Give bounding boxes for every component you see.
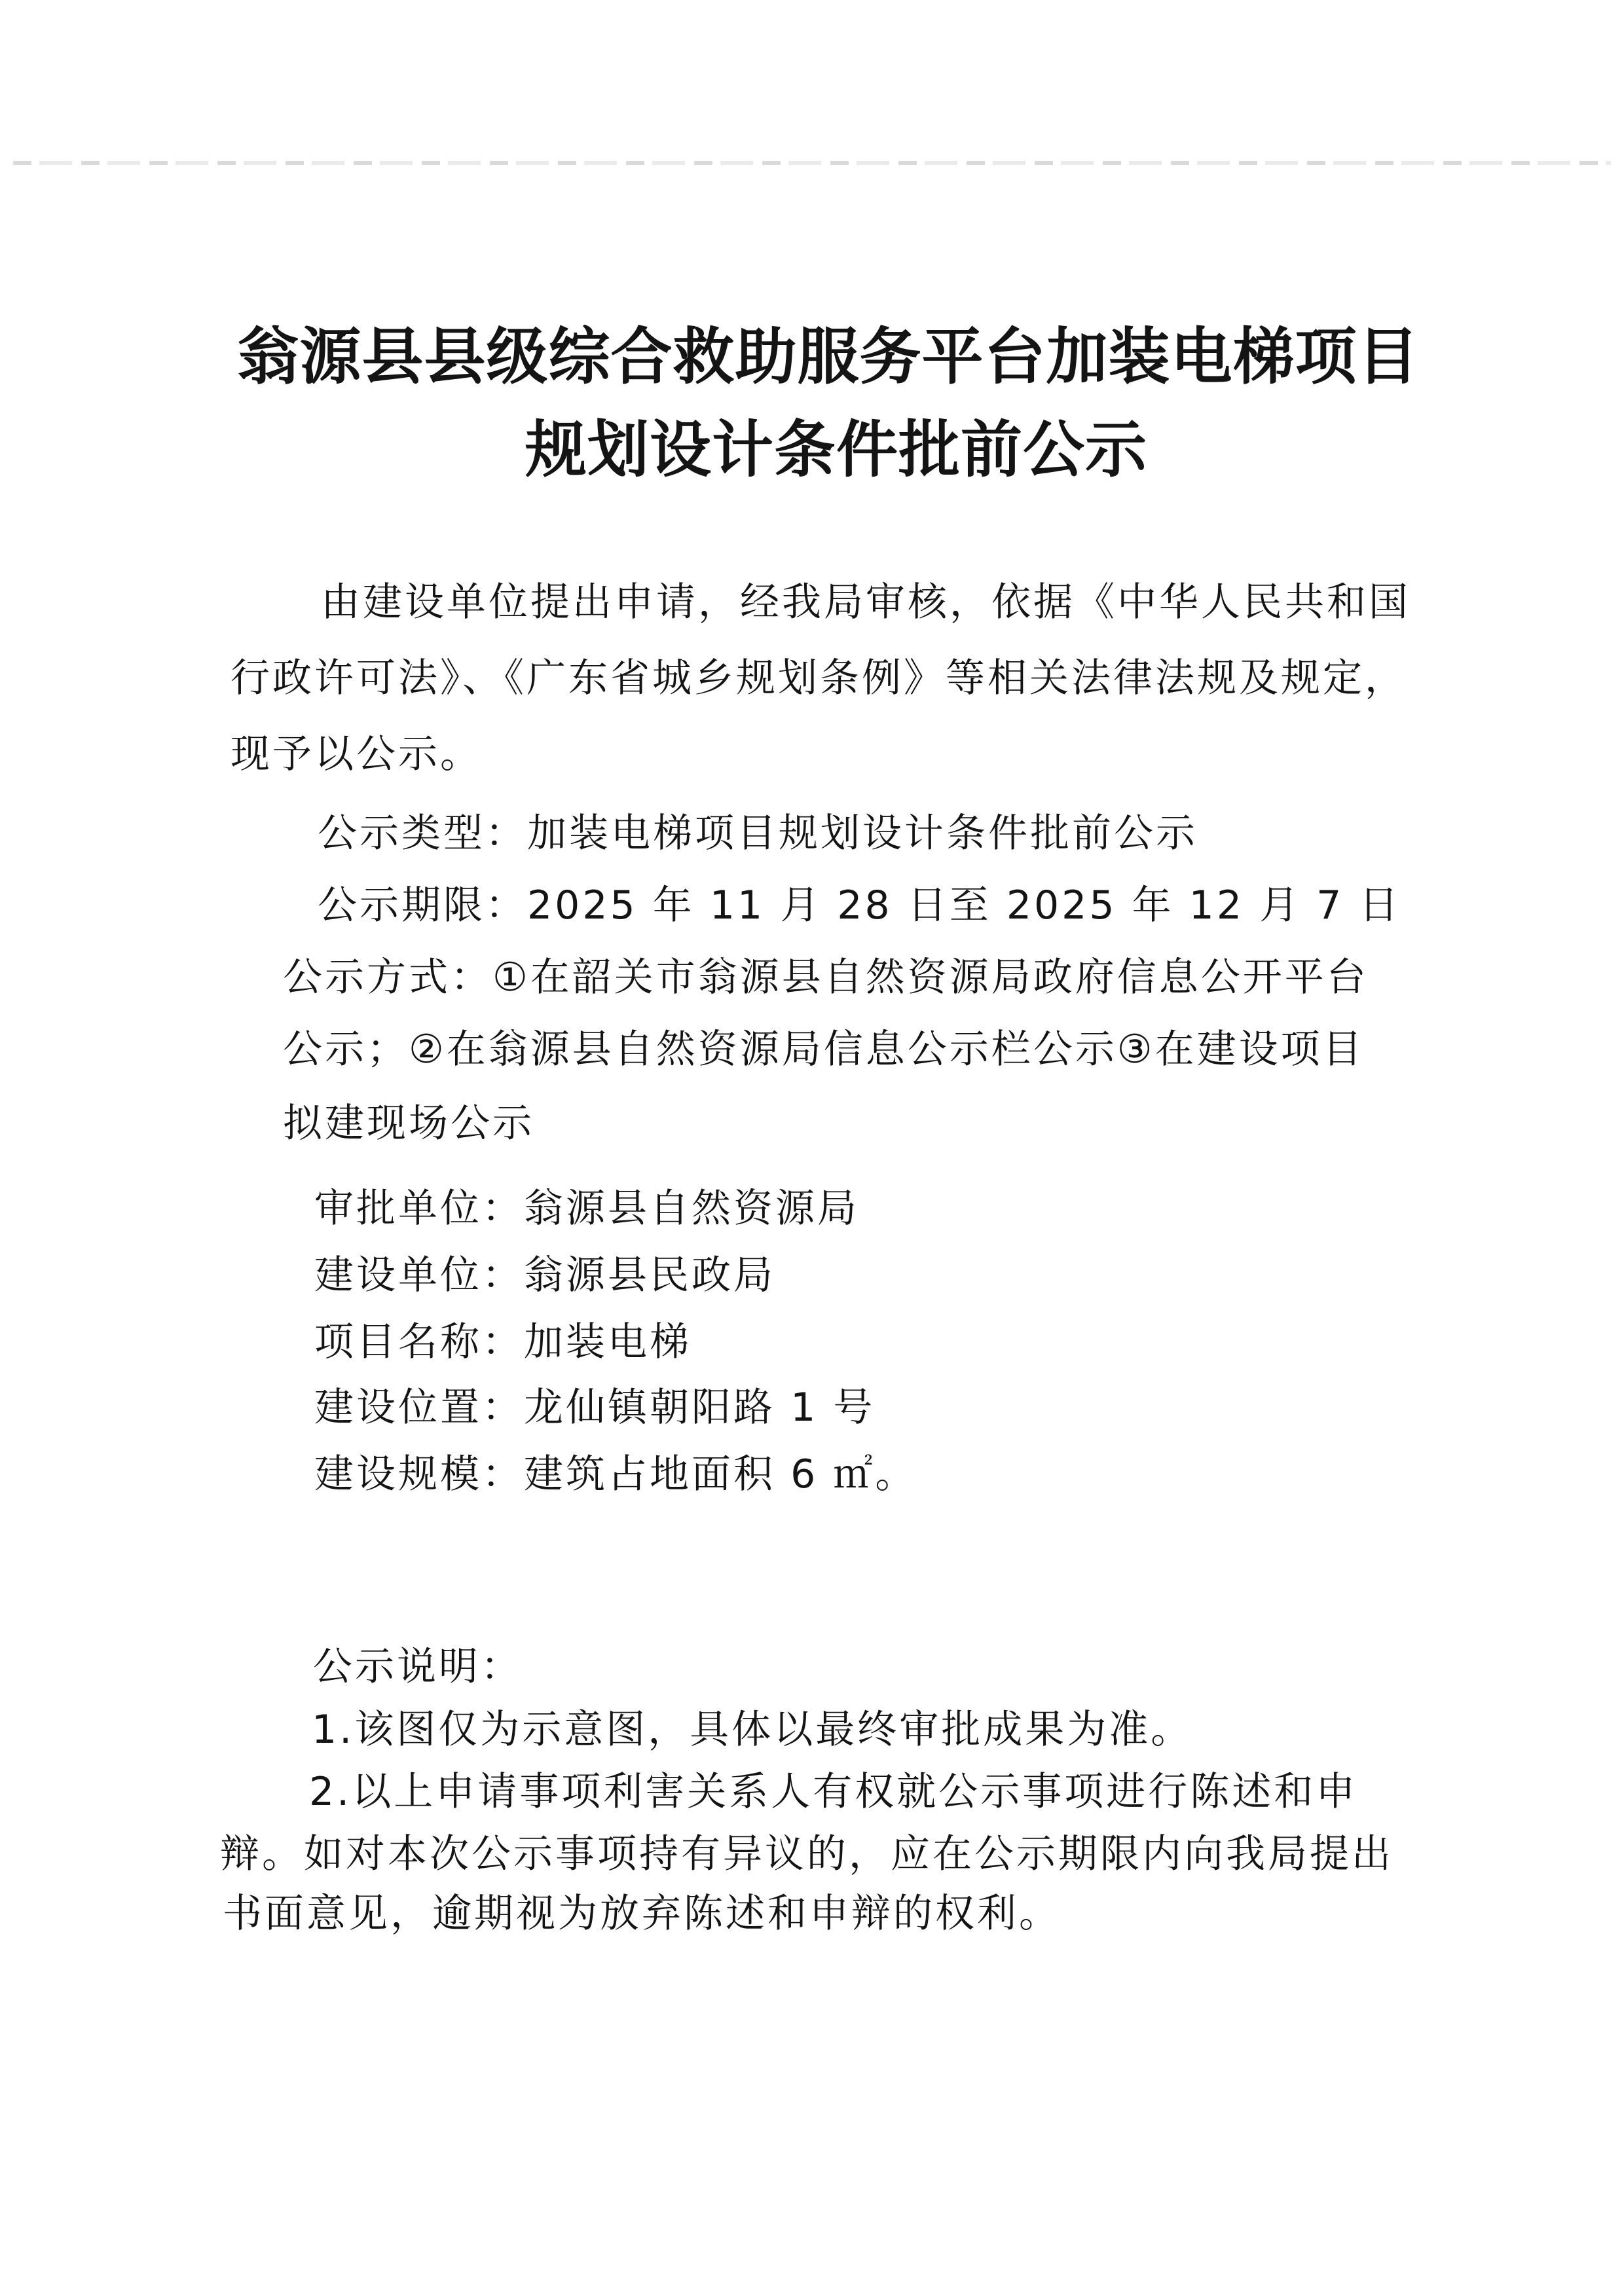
notice-type: 公示类型：加装电梯项目规划设计条件批前公示 [318, 814, 1198, 853]
project-name: 项目名称：加装电梯 [314, 1322, 692, 1362]
notice-method-line-3: 拟建现场公示 [283, 1104, 534, 1143]
scan-artifact-line [13, 161, 1611, 165]
notes-item-1: 1.该图仅为示意图，具体以最终审批成果为准。 [312, 1710, 1192, 1749]
approval-unit: 审批单位：翁源县自然资源局 [314, 1189, 859, 1228]
intro-line-1: 由建设单位提出申请，经我局审核，依据《中华人民共和国 [321, 583, 1411, 622]
document-title-line-1: 翁源县县级综合救助服务平台加装电梯项目 [0, 326, 1624, 388]
construction-location: 建设位置：龙仙镇朝阳路 1 号 [314, 1388, 875, 1427]
notes-item-2-line-2: 辩。如对本次公示事项持有异议的，应在公示期限内向我局提出 [220, 1834, 1393, 1874]
construction-unit: 建设单位：翁源县民政局 [314, 1256, 775, 1295]
construction-scale: 建设规模：建筑占地面积 6 ㎡。 [314, 1455, 917, 1494]
intro-line-2: 行政许可法》、《广东省城乡规划条例》等相关法律法规及规定， [231, 659, 1407, 698]
notes-item-2-line-3: 书面意见，逾期视为放弃陈述和申辩的权利。 [223, 1894, 1061, 1933]
notice-method-line-2: 公示；②在翁源县自然资源局信息公示栏公示③在建设项目 [283, 1030, 1365, 1069]
notes-heading: 公示说明： [313, 1647, 523, 1686]
document-title-line-2: 规划设计条件批前公示 [0, 419, 1624, 481]
intro-line-3: 现予以公示。 [231, 735, 482, 774]
notice-method-line-1: 公示方式：①在韶关市翁源县自然资源局政府信息公开平台 [283, 958, 1369, 997]
notes-item-2-line-1: 2.以上申请事项利害关系人有权就公示事项进行陈述和申 [309, 1772, 1357, 1812]
notice-period: 公示期限：2025 年 11 月 28 日至 2025 年 12 月 7 日 [318, 886, 1401, 925]
